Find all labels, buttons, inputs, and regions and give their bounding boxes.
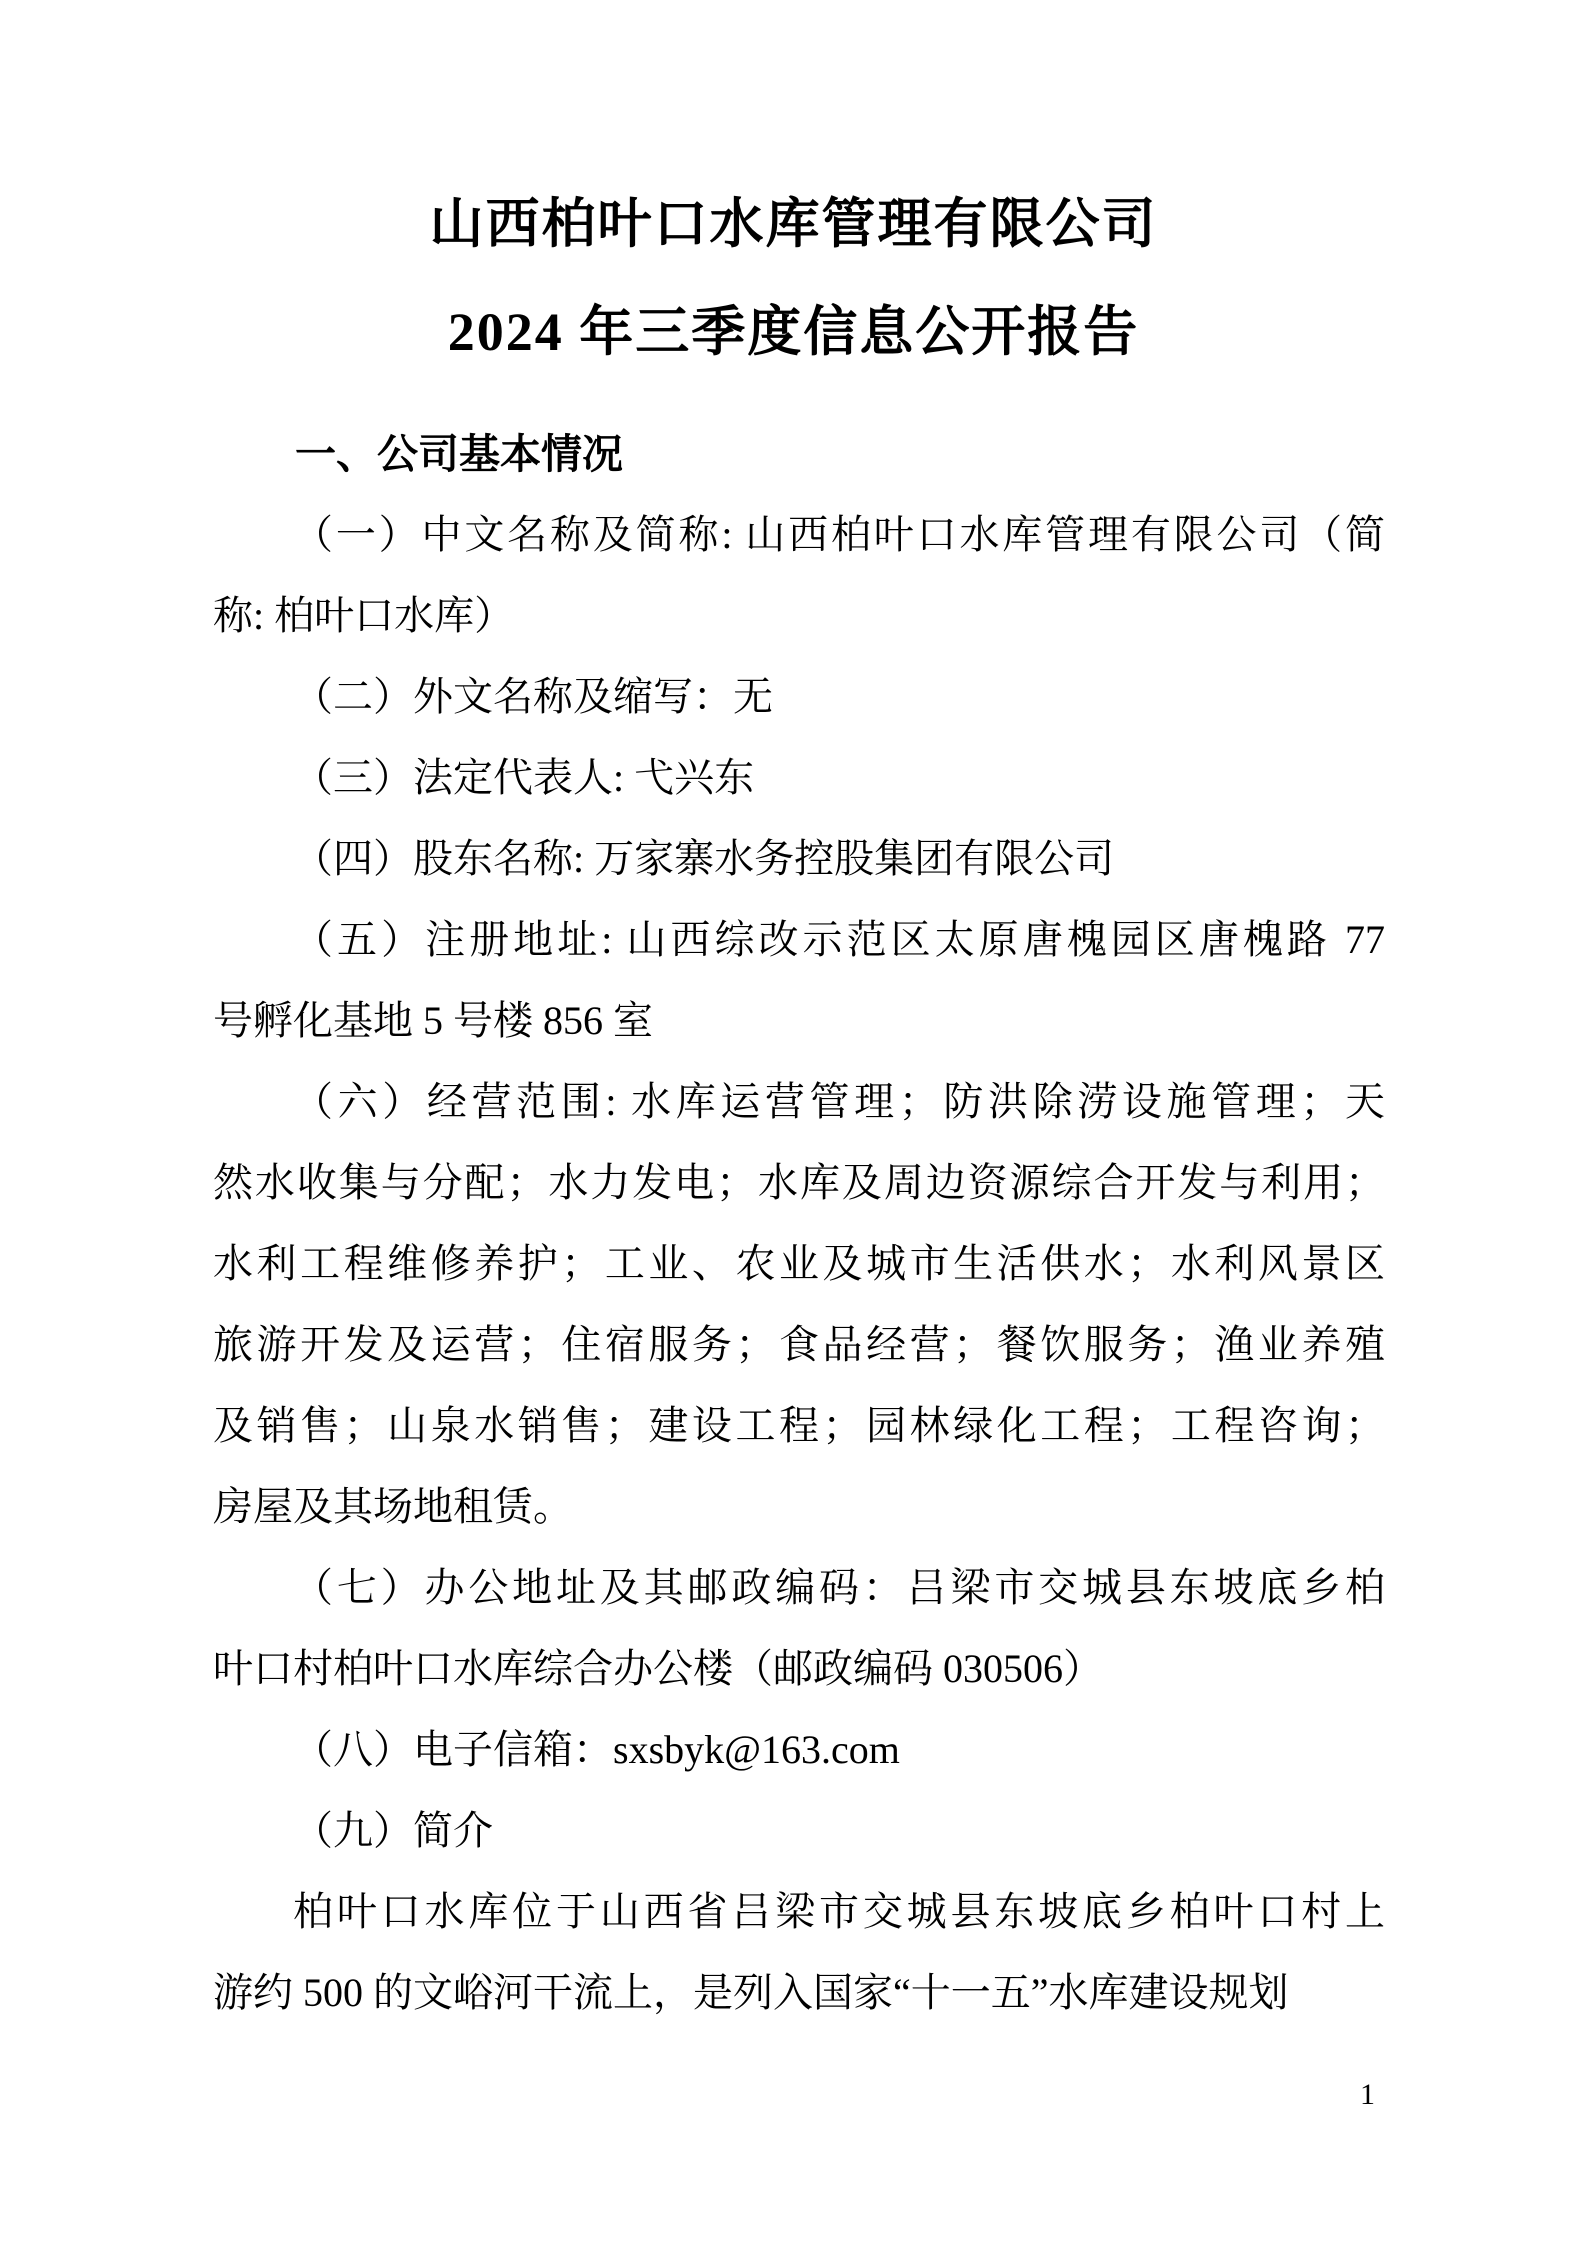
body-line: 叶口村柏叶口水库综合办公楼（邮政编码 030506） <box>213 1628 1385 1709</box>
paragraph: （五）注册地址: 山西综改示范区太原唐槐园区唐槐路 77号孵化基地 5 号楼 8… <box>213 899 1385 1061</box>
body-line: 号孵化基地 5 号楼 856 室 <box>213 980 1385 1061</box>
page-number: 1 <box>1360 2078 1375 2112</box>
document-title-line2: 2024 年三季度信息公开报告 <box>0 278 1587 386</box>
paragraph: （六）经营范围: 水库运营管理；防洪除涝设施管理；天然水收集与分配；水力发电；水… <box>213 1061 1385 1547</box>
body-line: （七）办公地址及其邮政编码：吕梁市交城县东坡底乡柏 <box>213 1547 1385 1628</box>
body-line: （一）中文名称及简称: 山西柏叶口水库管理有限公司（简 <box>213 494 1385 575</box>
body-line: 称: 柏叶口水库） <box>213 575 1385 656</box>
paragraph: （七）办公地址及其邮政编码：吕梁市交城县东坡底乡柏叶口村柏叶口水库综合办公楼（邮… <box>213 1547 1385 1709</box>
body-line: 然水收集与分配；水力发电；水库及周边资源综合开发与利用； <box>213 1142 1385 1223</box>
paragraph: （三）法定代表人: 弋兴东 <box>213 737 1385 818</box>
body-line: 及销售；山泉水销售；建设工程；园林绿化工程；工程咨询； <box>213 1385 1385 1466</box>
body-line: （五）注册地址: 山西综改示范区太原唐槐园区唐槐路 77 <box>213 899 1385 980</box>
body-line: （四）股东名称: 万家寨水务控股集团有限公司 <box>213 818 1385 899</box>
body-line: （九）简介 <box>213 1790 1385 1871</box>
paragraph: （四）股东名称: 万家寨水务控股集团有限公司 <box>213 818 1385 899</box>
body-line: 游约 500 的文峪河干流上，是列入国家“十一五”水库建设规划 <box>213 1952 1385 2033</box>
body-line: 旅游开发及运营；住宿服务；食品经营；餐饮服务；渔业养殖 <box>213 1304 1385 1385</box>
document-body: （一）中文名称及简称: 山西柏叶口水库管理有限公司（简称: 柏叶口水库）（二）外… <box>213 494 1385 2033</box>
document-title-line1: 山西柏叶口水库管理有限公司 <box>0 170 1587 278</box>
body-line: 水利工程维修养护；工业、农业及城市生活供水；水利风景区 <box>213 1223 1385 1304</box>
body-line: 房屋及其场地租赁。 <box>213 1466 1385 1547</box>
body-line: （三）法定代表人: 弋兴东 <box>213 737 1385 818</box>
body-line: （八）电子信箱：sxsbyk@163.com <box>213 1709 1385 1790</box>
document-page: 山西柏叶口水库管理有限公司 2024 年三季度信息公开报告 一、公司基本情况 （… <box>0 0 1587 2245</box>
paragraph: （八）电子信箱：sxsbyk@163.com <box>213 1709 1385 1790</box>
paragraph: 柏叶口水库位于山西省吕梁市交城县东坡底乡柏叶口村上游约 500 的文峪河干流上，… <box>213 1871 1385 2033</box>
body-line: （六）经营范围: 水库运营管理；防洪除涝设施管理；天 <box>213 1061 1385 1142</box>
body-line: （二）外文名称及缩写：无 <box>213 656 1385 737</box>
section-heading: 一、公司基本情况 <box>213 418 1385 490</box>
document-title-block: 山西柏叶口水库管理有限公司 2024 年三季度信息公开报告 <box>0 0 1587 386</box>
paragraph: （二）外文名称及缩写：无 <box>213 656 1385 737</box>
document-content: 一、公司基本情况 （一）中文名称及简称: 山西柏叶口水库管理有限公司（简称: 柏… <box>213 418 1385 2033</box>
paragraph: （一）中文名称及简称: 山西柏叶口水库管理有限公司（简称: 柏叶口水库） <box>213 494 1385 656</box>
paragraph: （九）简介 <box>213 1790 1385 1871</box>
body-line: 柏叶口水库位于山西省吕梁市交城县东坡底乡柏叶口村上 <box>213 1871 1385 1952</box>
